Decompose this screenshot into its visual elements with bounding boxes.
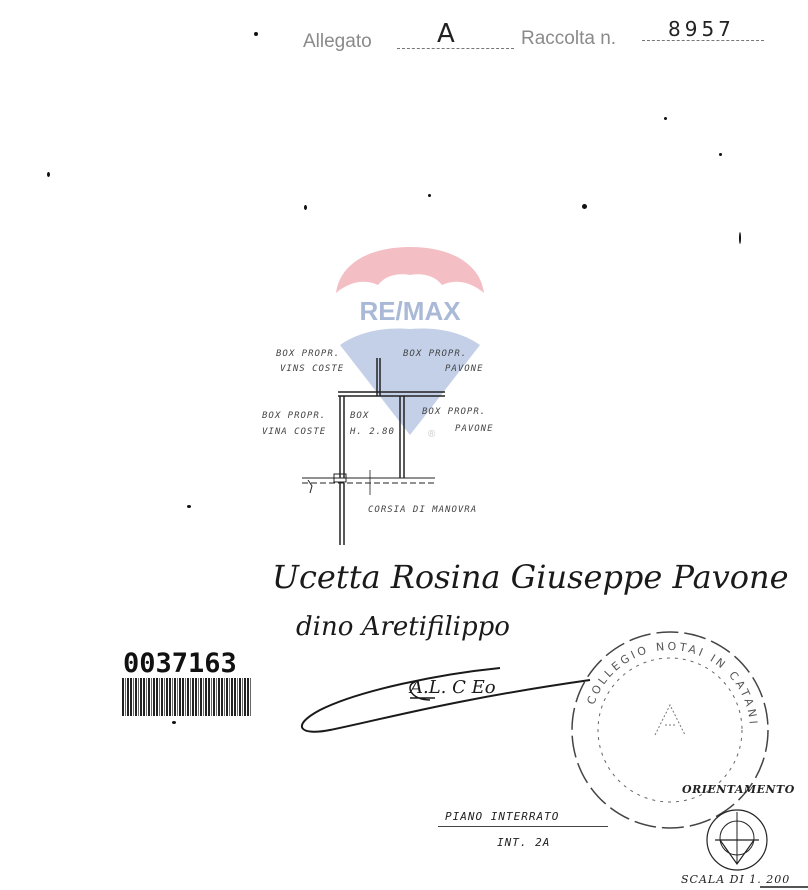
scan-speck: [47, 172, 50, 177]
scan-speck: [187, 505, 191, 508]
page-edge-mark: [760, 886, 808, 888]
allegato-label: Allegato: [303, 31, 372, 53]
floor-title-underline: [438, 826, 608, 827]
allegato-value: A: [437, 19, 455, 49]
label-top-right-box-2: PAVONE: [445, 364, 484, 374]
raccolta-value: 8957: [668, 17, 735, 41]
notary-stamp: COLLEGIO NOTAI IN CATANIA: [565, 625, 775, 835]
label-corridor: CORSIA DI MANOVRA: [368, 505, 477, 515]
label-mid-left-box-1: BOX PROPR.: [262, 411, 326, 421]
remax-brand-text: RE/MAX: [359, 296, 461, 326]
unit-label: INT. 2A: [497, 836, 550, 849]
label-top-left-box-2: VINS COSTE: [280, 364, 344, 374]
label-mid-right-box-2: PAVONE: [455, 424, 494, 434]
label-subject-box-1: BOX: [350, 411, 369, 421]
barcode-number: 0037163: [123, 648, 237, 679]
north-arrow-icon: [705, 808, 769, 872]
scan-speck: [582, 204, 587, 209]
orientation-label: ORIENTAMENTO: [682, 783, 795, 796]
signature-line-1: Ucetta Rosina Giuseppe Pavone: [272, 558, 789, 596]
scan-speck: [664, 117, 667, 120]
label-mid-left-box-2: VINA COSTE: [262, 427, 326, 437]
label-top-left-box-1: BOX PROPR.: [276, 349, 340, 359]
floor-plan: [300, 350, 520, 550]
floor-title: PIANO INTERRATO: [445, 810, 559, 823]
scan-speck: [304, 205, 307, 210]
label-mid-right-box-1: BOX PROPR.: [422, 407, 486, 417]
scale-label: SCALA DI 1. 200: [681, 873, 790, 886]
allegato-underline: [397, 47, 514, 49]
label-subject-box-2: H. 2.80: [350, 427, 395, 437]
scan-speck: [739, 232, 741, 244]
signature-scribble: [290, 660, 610, 740]
svg-text:COLLEGIO NOTAI IN CATANIA: COLLEGIO NOTAI IN CATANIA: [565, 625, 760, 727]
scan-speck: [254, 32, 258, 36]
scan-speck: [428, 194, 431, 197]
label-top-right-box-1: BOX PROPR.: [403, 349, 467, 359]
scan-speck: [172, 721, 176, 724]
signature-line-2: dino Aretifilippo: [296, 612, 510, 642]
signature-line-3: A.L. C Eo: [410, 677, 496, 698]
barcode: [122, 678, 251, 716]
scan-speck: [719, 153, 722, 156]
raccolta-label: Raccolta n.: [521, 28, 616, 50]
stamp-text: COLLEGIO NOTAI IN CATANIA: [565, 625, 760, 727]
